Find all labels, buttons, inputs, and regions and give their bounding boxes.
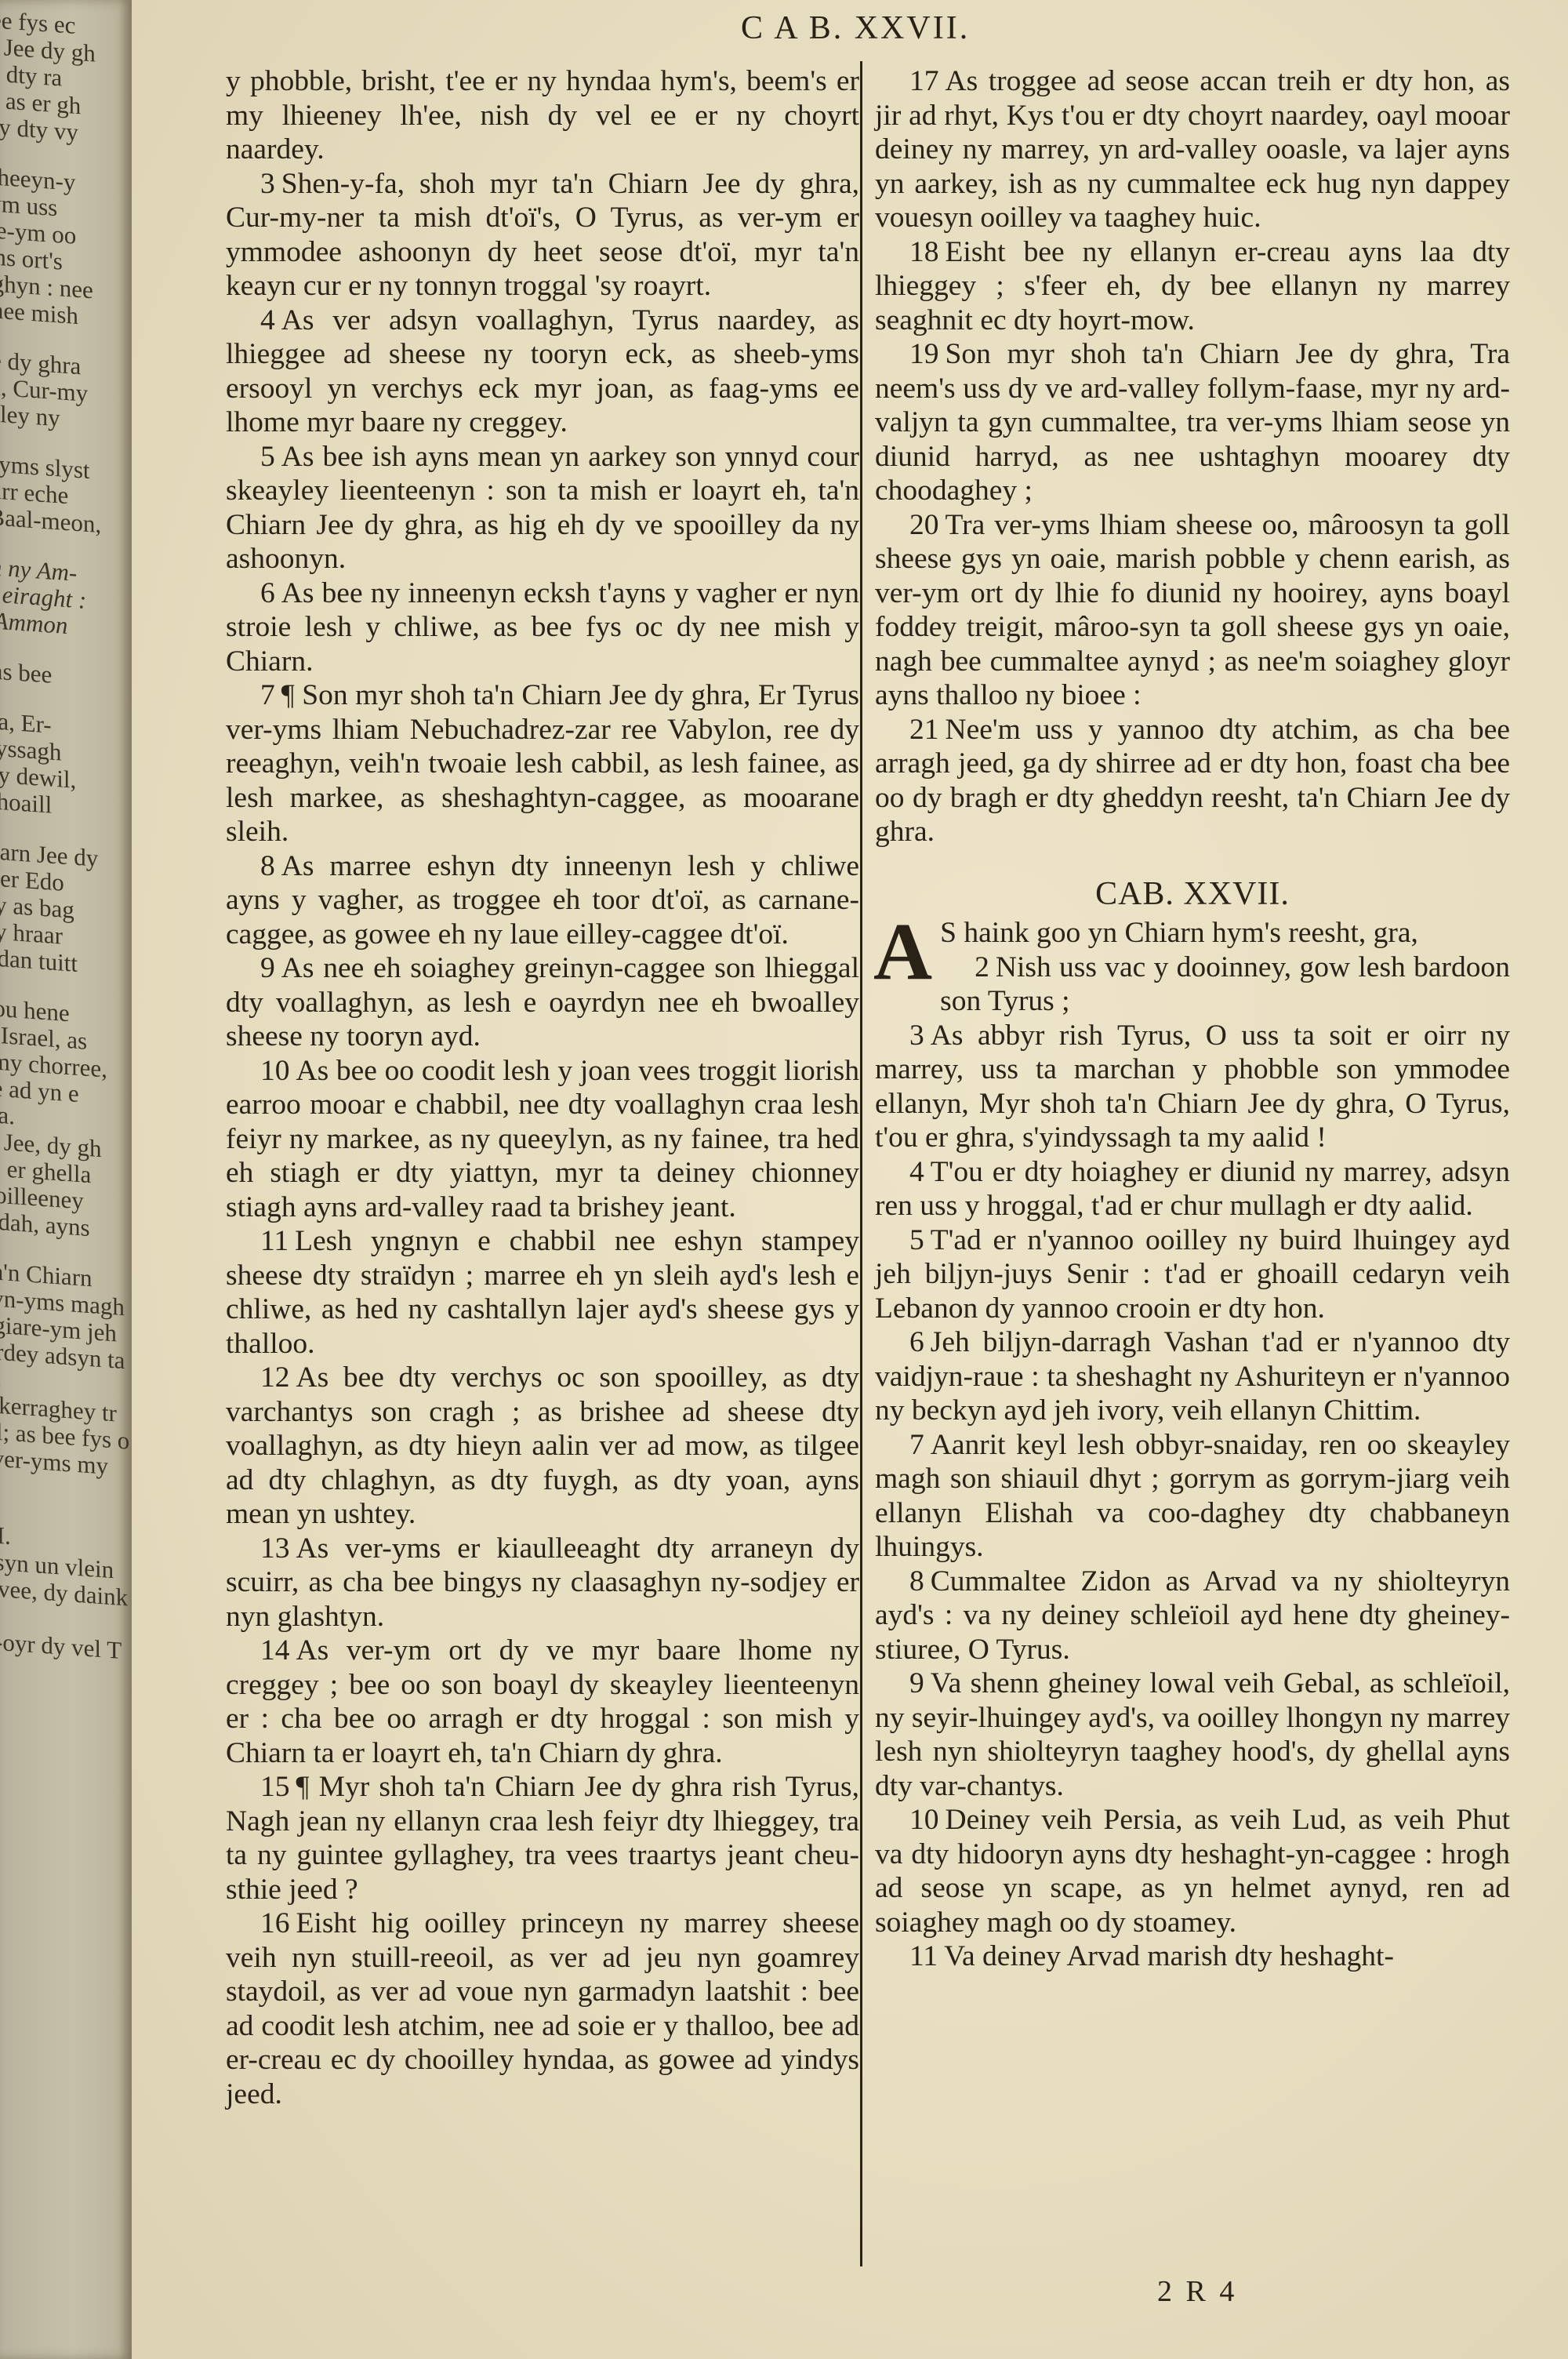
verse-number: 11 bbox=[260, 1225, 289, 1257]
verse-number: 20 bbox=[909, 509, 939, 541]
verse-number: 5 bbox=[909, 1224, 924, 1256]
verse-text: Eisht bee ny ellanyn er-creau ayns laa d… bbox=[875, 236, 1510, 336]
drop-cap-letter: A bbox=[873, 919, 932, 985]
verse-number: 17 bbox=[909, 65, 939, 97]
verse: 19Son myr shoh ta'n Chiarn Jee dy ghra, … bbox=[875, 337, 1510, 508]
verse-number: 19 bbox=[909, 338, 939, 370]
verse-text: Deiney veih Persia, as veih Lud, as veih… bbox=[875, 1804, 1510, 1939]
verse: 14As ver-ym ort dy ve myr baare lhome ny… bbox=[226, 1634, 859, 1770]
verse-text: ¶ Myr shoh ta'n Chiarn Jee dy ghra rish … bbox=[226, 1771, 859, 1906]
verse-number: 3 bbox=[909, 1020, 924, 1052]
verse-number: 13 bbox=[260, 1532, 290, 1565]
verse-text: T'ad er n'yannoo ooilley ny buird lhuing… bbox=[875, 1224, 1510, 1325]
verse-number: 6 bbox=[260, 577, 275, 609]
verse-text: Nish uss vac y dooinney, gow lesh bardoo… bbox=[940, 951, 1510, 1018]
verse: 6As bee ny inneenyn ecksh t'ayns y vaghe… bbox=[226, 576, 859, 679]
verse: 21Nee'm uss y yannoo dty atchim, as cha … bbox=[875, 713, 1510, 849]
verse-number: 15 bbox=[260, 1771, 290, 1803]
verse-text: Tra ver-yms lhiam sheese oo, mâroosyn ta… bbox=[875, 509, 1510, 712]
verse-number: 4 bbox=[260, 304, 275, 336]
verse-number: 6 bbox=[909, 1326, 924, 1358]
verse-text: As nee eh soiaghey greinyn-caggee son lh… bbox=[226, 952, 859, 1052]
verse: 13As ver-yms er kiaulleeaght dty arraney… bbox=[226, 1532, 859, 1634]
chapter-first-verse: AS haink goo yn Chiarn hym's reesht, gra… bbox=[875, 916, 1510, 951]
verse: 17As troggee ad seose accan treih er dty… bbox=[875, 64, 1510, 235]
verse-number: 11 bbox=[909, 1940, 938, 1972]
verse: 7¶ Son myr shoh ta'n Chiarn Jee dy ghra,… bbox=[226, 678, 859, 849]
verse-number: 14 bbox=[260, 1634, 290, 1667]
verse: 16Eisht hig ooilley princeyn ny marrey s… bbox=[226, 1906, 859, 2111]
verse-text: Shen-y-fa, shoh myr ta'n Chiarn Jee dy g… bbox=[226, 168, 859, 303]
verse: 6Jeh biljyn-darragh Vashan t'ad er n'yan… bbox=[875, 1325, 1510, 1428]
verse-number: 8 bbox=[260, 850, 275, 882]
verse: 5As bee ish ayns mean yn aarkey son ynny… bbox=[226, 440, 859, 576]
running-head: C A B. XXVII. bbox=[741, 9, 970, 47]
verse: y phobble, brisht, t'ee er ny hyndaa hym… bbox=[226, 64, 859, 167]
verse: 2Nish uss vac y dooinney, gow lesh bardo… bbox=[875, 951, 1510, 1019]
verse-number: 7 bbox=[260, 679, 275, 711]
verse-text: Nee'm uss y yannoo dty atchim, as cha be… bbox=[875, 714, 1510, 849]
verse-number: 12 bbox=[260, 1361, 290, 1394]
verse-text: Cummaltee Zidon as Arvad va ny shiolteyr… bbox=[875, 1565, 1510, 1666]
verses-chapter-27: 2Nish uss vac y dooinney, gow lesh bardo… bbox=[875, 951, 1510, 1974]
chapter-heading: CAB. XXVII. bbox=[875, 878, 1510, 912]
verse: 12As bee dty verchys oc son spooilley, a… bbox=[226, 1361, 859, 1532]
verse-number: 3 bbox=[260, 168, 275, 200]
verse-text: As ver-yms er kiaulleeaght dty arraneyn … bbox=[226, 1532, 859, 1633]
verse-text: As bee ish ayns mean yn aarkey son ynnyd… bbox=[226, 441, 859, 576]
verse: 11Lesh yngnyn e chabbil nee eshyn stampe… bbox=[226, 1224, 859, 1361]
verse-text: As troggee ad seose accan treih er dty h… bbox=[875, 65, 1510, 234]
right-column: 17As troggee ad seose accan treih er dty… bbox=[875, 64, 1510, 1974]
verse-text: As bee dty verchys oc son spooilley, as … bbox=[226, 1361, 859, 1530]
verse: 15¶ Myr shoh ta'n Chiarn Jee dy ghra ris… bbox=[226, 1770, 859, 1906]
verse-text: y phobble, brisht, t'ee er ny hyndaa hym… bbox=[226, 65, 859, 165]
verse: 4As ver adsyn voallaghyn, Tyrus naardey,… bbox=[226, 304, 859, 440]
verse-text: As ver-ym ort dy ve myr baare lhome ny c… bbox=[226, 1634, 859, 1769]
verse-number: 21 bbox=[909, 714, 939, 746]
verse: 3As abbyr rish Tyrus, O uss ta soit er o… bbox=[875, 1019, 1510, 1155]
verse-text: As bee oo coodit lesh y joan vees troggi… bbox=[226, 1055, 859, 1223]
verse-text: Lesh yngnyn e chabbil nee eshyn stampey … bbox=[226, 1225, 859, 1360]
verse-text: Va shenn gheiney lowal veih Gebal, as sc… bbox=[875, 1667, 1510, 1802]
verse-text: As abbyr rish Tyrus, O uss ta soit er oi… bbox=[875, 1020, 1510, 1154]
verse: 10As bee oo coodit lesh y joan vees trog… bbox=[226, 1054, 859, 1225]
verse-text: Va deiney Arvad marish dty heshaght- bbox=[944, 1940, 1394, 1972]
verse: 9Va shenn gheiney lowal veih Gebal, as s… bbox=[875, 1667, 1510, 1803]
verse-number: 9 bbox=[909, 1667, 924, 1699]
verse: 8As marree eshyn dty inneenyn lesh y chl… bbox=[226, 849, 859, 952]
adjacent-page-bleed: eyn : as bee fys eca'n Chiarn Jee dy ghe… bbox=[0, 0, 132, 2359]
verse-number: 10 bbox=[260, 1055, 290, 1087]
verse-text: Jeh biljyn-darragh Vashan t'ad er n'yann… bbox=[875, 1326, 1510, 1427]
verse-text: Son myr shoh ta'n Chiarn Jee dy ghra, Tr… bbox=[875, 338, 1510, 507]
verse: 20Tra ver-yms lhiam sheese oo, mâroosyn … bbox=[875, 508, 1510, 713]
verse-text: T'ou er dty hoiaghey er diunid ny marrey… bbox=[875, 1156, 1510, 1223]
verse-number: 16 bbox=[260, 1907, 290, 1939]
book-page: C A B. XXVII. y phobble, brisht, t'ee er… bbox=[132, 0, 1568, 2359]
verse-number: 4 bbox=[909, 1156, 924, 1188]
verse-number: 10 bbox=[909, 1804, 939, 1836]
verse-number: 9 bbox=[260, 952, 275, 984]
verses-chapter-26-end: 17As troggee ad seose accan treih er dty… bbox=[875, 64, 1510, 849]
verse-text: As bee ny inneenyn ecksh t'ayns y vagher… bbox=[226, 577, 859, 678]
verse: 11Va deiney Arvad marish dty heshaght- bbox=[875, 1939, 1510, 1974]
adjacent-page-text: eyn : as bee fys eca'n Chiarn Jee dy ghe… bbox=[0, 0, 132, 1692]
verse: 8Cummaltee Zidon as Arvad va ny shioltey… bbox=[875, 1565, 1510, 1667]
verse-number: 2 bbox=[975, 951, 989, 983]
verse-text: As ver adsyn voallaghyn, Tyrus naardey, … bbox=[226, 304, 859, 439]
verse: 3Shen-y-fa, shoh myr ta'n Chiarn Jee dy … bbox=[226, 167, 859, 304]
signature-mark: 2 R 4 bbox=[1157, 2274, 1237, 2309]
verse: 10Deiney veih Persia, as veih Lud, as ve… bbox=[875, 1803, 1510, 1939]
verse-number: 18 bbox=[909, 236, 939, 268]
verse-text: Aanrit keyl lesh obbyr-snaiday, ren oo s… bbox=[875, 1429, 1510, 1564]
verse: 5T'ad er n'yannoo ooilley ny buird lhuin… bbox=[875, 1223, 1510, 1326]
column-divider-rule bbox=[860, 61, 862, 2266]
verse-number: 5 bbox=[260, 441, 275, 473]
verse-text: Eisht hig ooilley princeyn ny marrey she… bbox=[226, 1907, 859, 2110]
verse-text: ¶ Son myr shoh ta'n Chiarn Jee dy ghra, … bbox=[226, 679, 859, 848]
verse: 4T'ou er dty hoiaghey er diunid ny marre… bbox=[875, 1155, 1510, 1223]
verse-number: 8 bbox=[909, 1565, 924, 1598]
verse: 9As nee eh soiaghey greinyn-caggee son l… bbox=[226, 951, 859, 1054]
verse-number: 7 bbox=[909, 1429, 924, 1461]
left-column: y phobble, brisht, t'ee er ny hyndaa hym… bbox=[226, 64, 859, 2111]
verse: 18Eisht bee ny ellanyn er-creau ayns laa… bbox=[875, 235, 1510, 338]
verse: 7Aanrit keyl lesh obbyr-snaiday, ren oo … bbox=[875, 1428, 1510, 1565]
verse-text: As marree eshyn dty inneenyn lesh y chli… bbox=[226, 850, 859, 951]
first-verse-text: S haink goo yn Chiarn hym's reesht, gra, bbox=[940, 917, 1418, 949]
